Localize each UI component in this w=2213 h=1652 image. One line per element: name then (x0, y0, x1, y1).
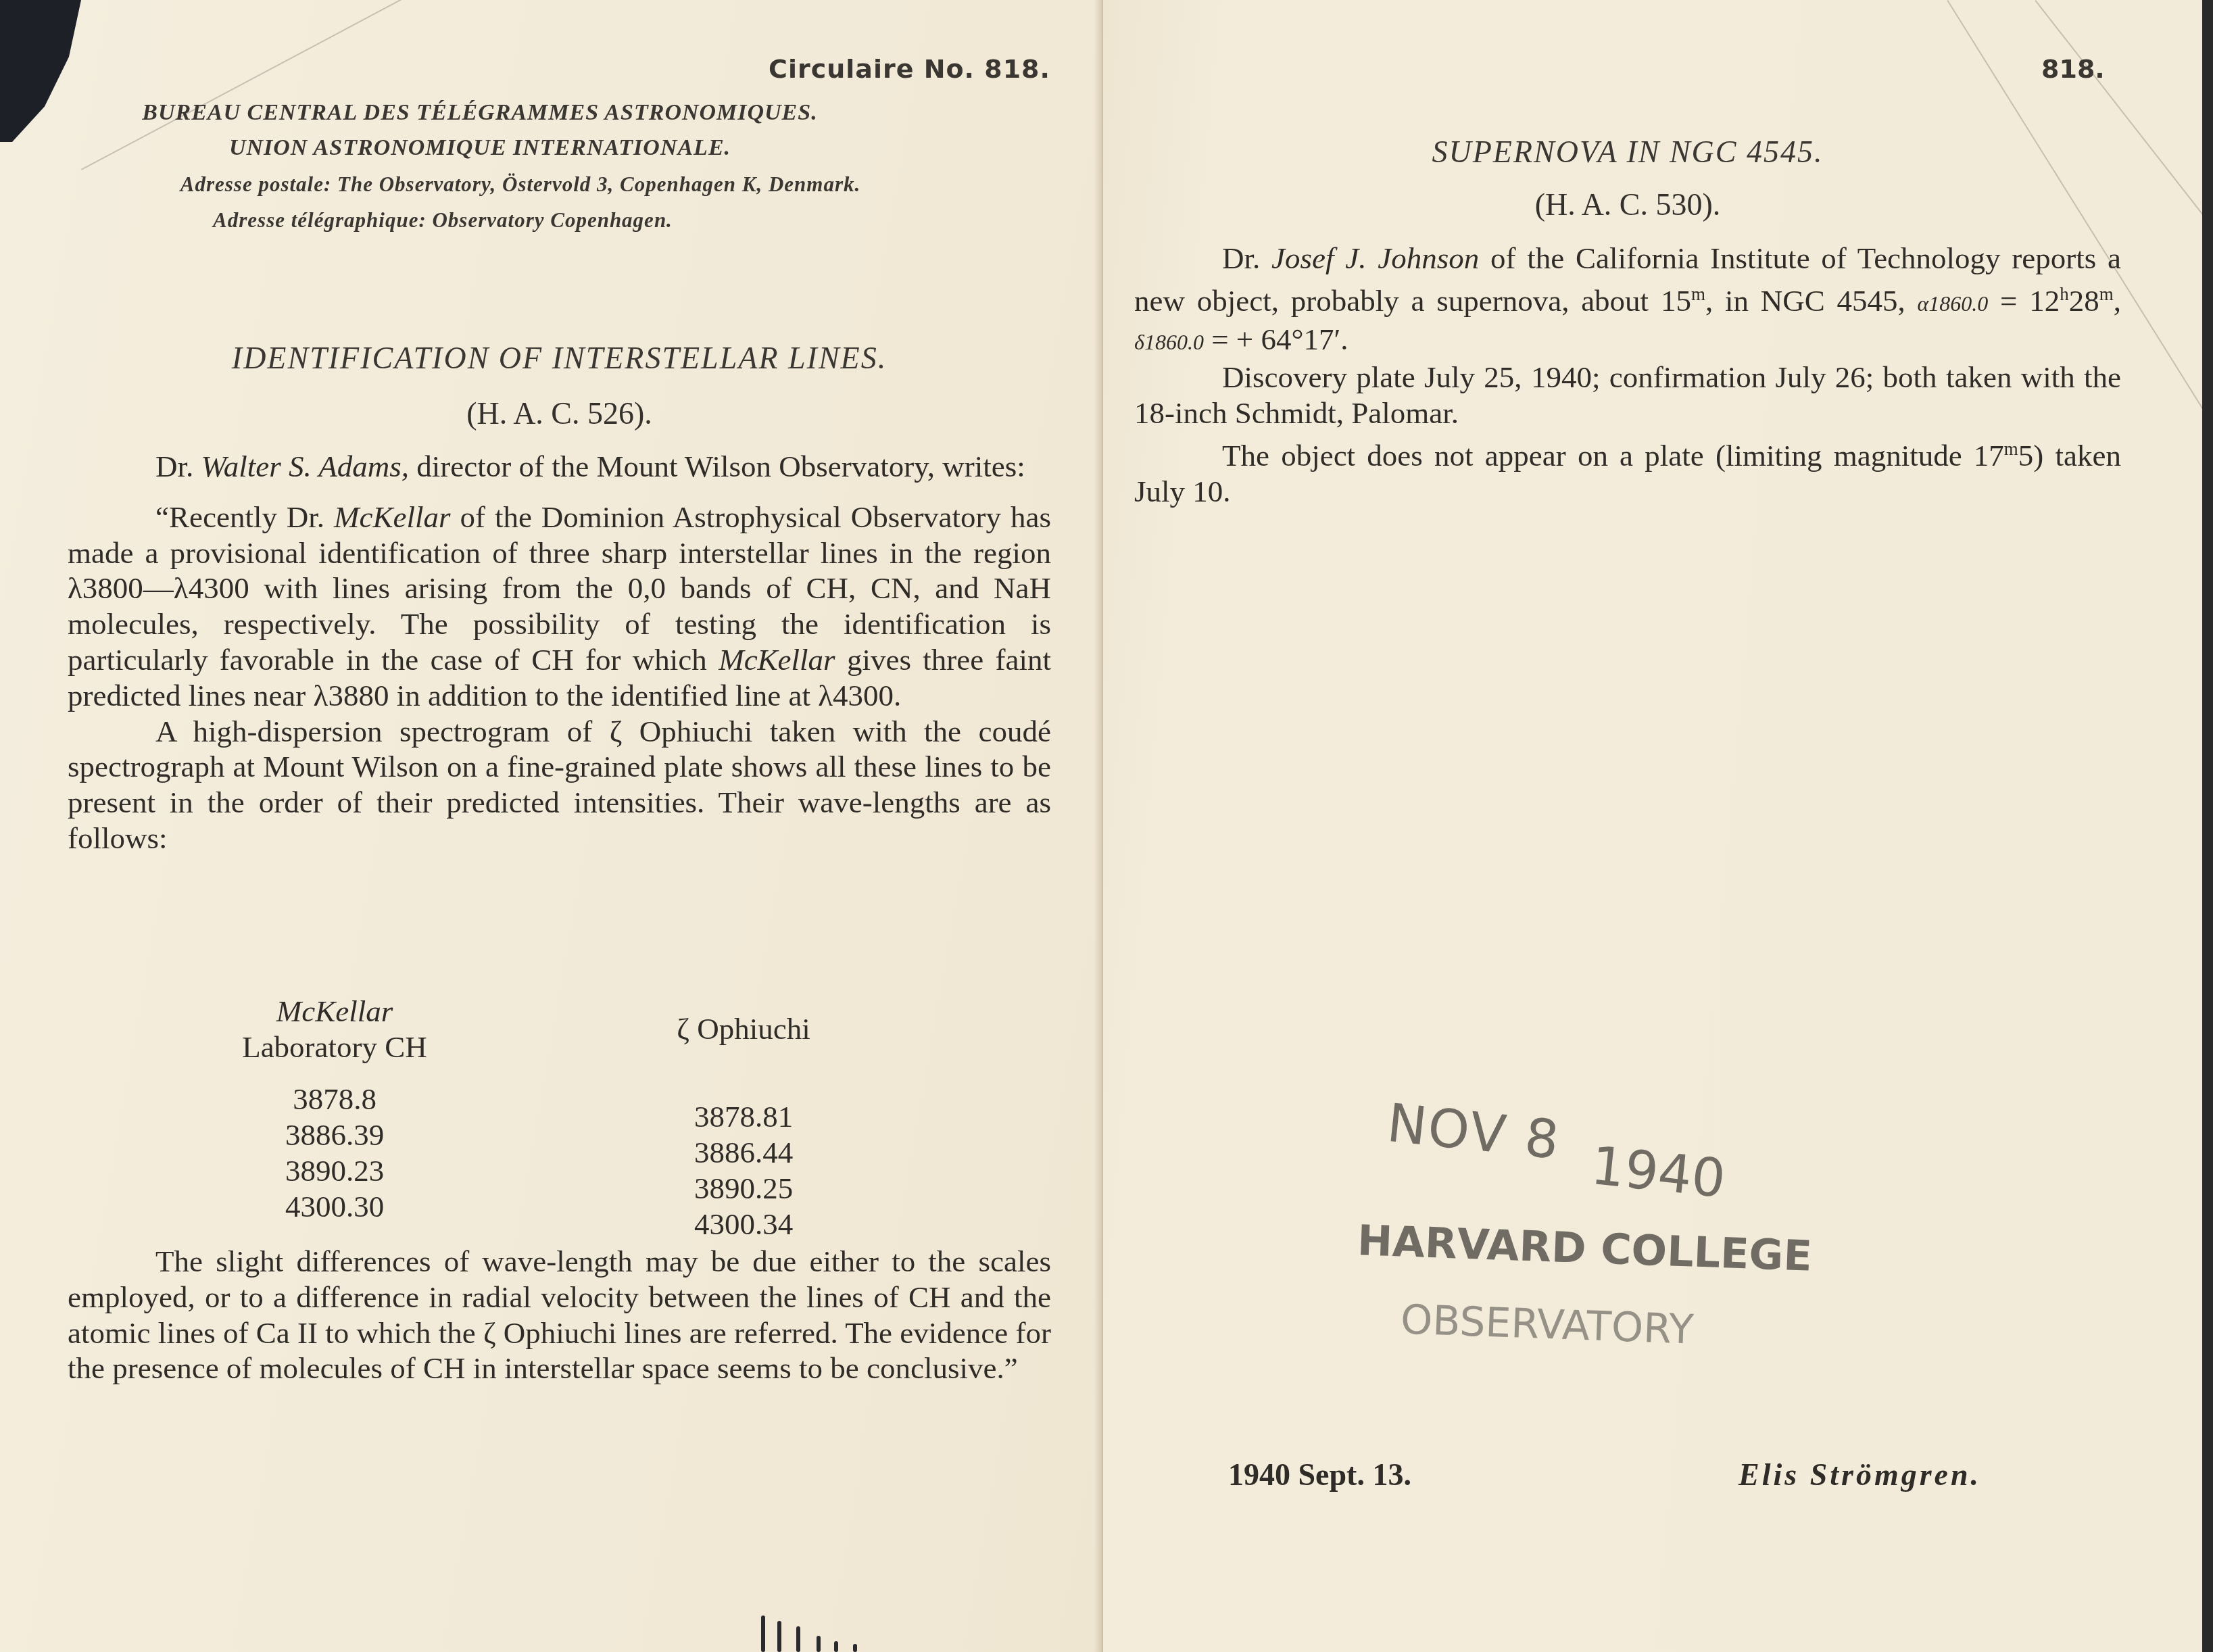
article-body: Dr. Josef J. Johnson of the California I… (1134, 241, 2121, 510)
table-cell: 3886.44 (642, 1135, 845, 1171)
limit-paragraph: The object does not appear on a plate (l… (1134, 431, 2121, 510)
stamp-date: NOV 8 (1384, 1093, 1563, 1171)
quote-paragraph-2: A high-dispersion spectrogram of ζ Ophiu… (68, 714, 1051, 856)
author-name: Walter S. Adams, (201, 450, 410, 483)
table-cell: 3890.25 (642, 1171, 845, 1207)
bureau-header: BUREAU CENTRAL DES TÉLÉGRAMMES ASTRONOMI… (0, 100, 960, 126)
table-cell: 4300.34 (642, 1207, 845, 1242)
article-conclusion: The slight differences of wave-length ma… (68, 1244, 1051, 1386)
postal-address: Adresse postale: The Observatory, Österv… (47, 172, 994, 197)
scan-right-edge (2202, 0, 2213, 1652)
article-body: Dr. Walter S. Adams, director of the Mou… (68, 449, 1051, 856)
right-page: 818. SUPERNOVA IN NGC 4545. (H. A. C. 53… (1103, 0, 2213, 1652)
stamp-year: 1940 (1588, 1136, 1728, 1210)
table-cell: 3890.23 (203, 1153, 466, 1189)
table-col-ophiuchi: ζ Ophiuchi 3878.81 3886.44 3890.25 4300.… (642, 994, 845, 1242)
quote-paragraph-1: “Recently Dr. McKellar of the Dominion A… (68, 500, 1051, 714)
alpha-coordinate-label: α1860.0 (1918, 291, 1989, 316)
issue-date: 1940 Sept. 13. (1228, 1457, 1411, 1492)
table-col-laboratory: McKellar Laboratory CH 3878.8 3886.39 38… (203, 994, 466, 1225)
circular-number: Circulaire No. 818. (769, 54, 1050, 84)
author-name: Josef J. Johnson (1271, 241, 1479, 275)
page-number: 818. (2041, 54, 2105, 84)
report-paragraph: Dr. Josef J. Johnson of the California I… (1134, 241, 2121, 360)
article-title: IDENTIFICATION OF INTERSTELLAR LINES. (68, 340, 1051, 376)
article-reference: (H. A. C. 530). (1134, 187, 2121, 222)
intro-paragraph: Dr. Walter S. Adams, director of the Mou… (68, 449, 1051, 485)
stamp-observatory: OBSERVATORY (1400, 1296, 1695, 1353)
telegraphic-address: Adresse télégraphique: Observatory Copen… (0, 208, 885, 233)
table-header: Laboratory CH (203, 1029, 466, 1065)
table-header: McKellar (203, 994, 466, 1029)
left-page: Circulaire No. 818. BUREAU CENTRAL DES T… (0, 0, 1103, 1652)
table-cell: 3886.39 (203, 1117, 466, 1153)
table-header: ζ Ophiuchi (642, 1011, 845, 1047)
signature: Elis Strömgren. (1738, 1457, 1981, 1492)
article-title: SUPERNOVA IN NGC 4545. (1134, 134, 2121, 170)
wavelength-table: McKellar Laboratory CH 3878.8 3886.39 38… (203, 994, 879, 1223)
table-cell: 3878.81 (642, 1099, 845, 1135)
stamp-institution: HARVARD COLLEGE (1357, 1215, 1813, 1280)
union-header: UNION ASTRONOMIQUE INTERNATIONALE. (0, 135, 960, 161)
delta-coordinate-label: δ1860.0 (1134, 330, 1204, 354)
table-cell: 4300.30 (203, 1189, 466, 1225)
table-cell: 3878.8 (203, 1082, 466, 1117)
quote-paragraph-3: The slight differences of wave-length ma… (68, 1244, 1051, 1386)
article-reference: (H. A. C. 526). (68, 395, 1051, 431)
discovery-paragraph: Discovery plate July 25, 1940; confirmat… (1134, 360, 2121, 431)
